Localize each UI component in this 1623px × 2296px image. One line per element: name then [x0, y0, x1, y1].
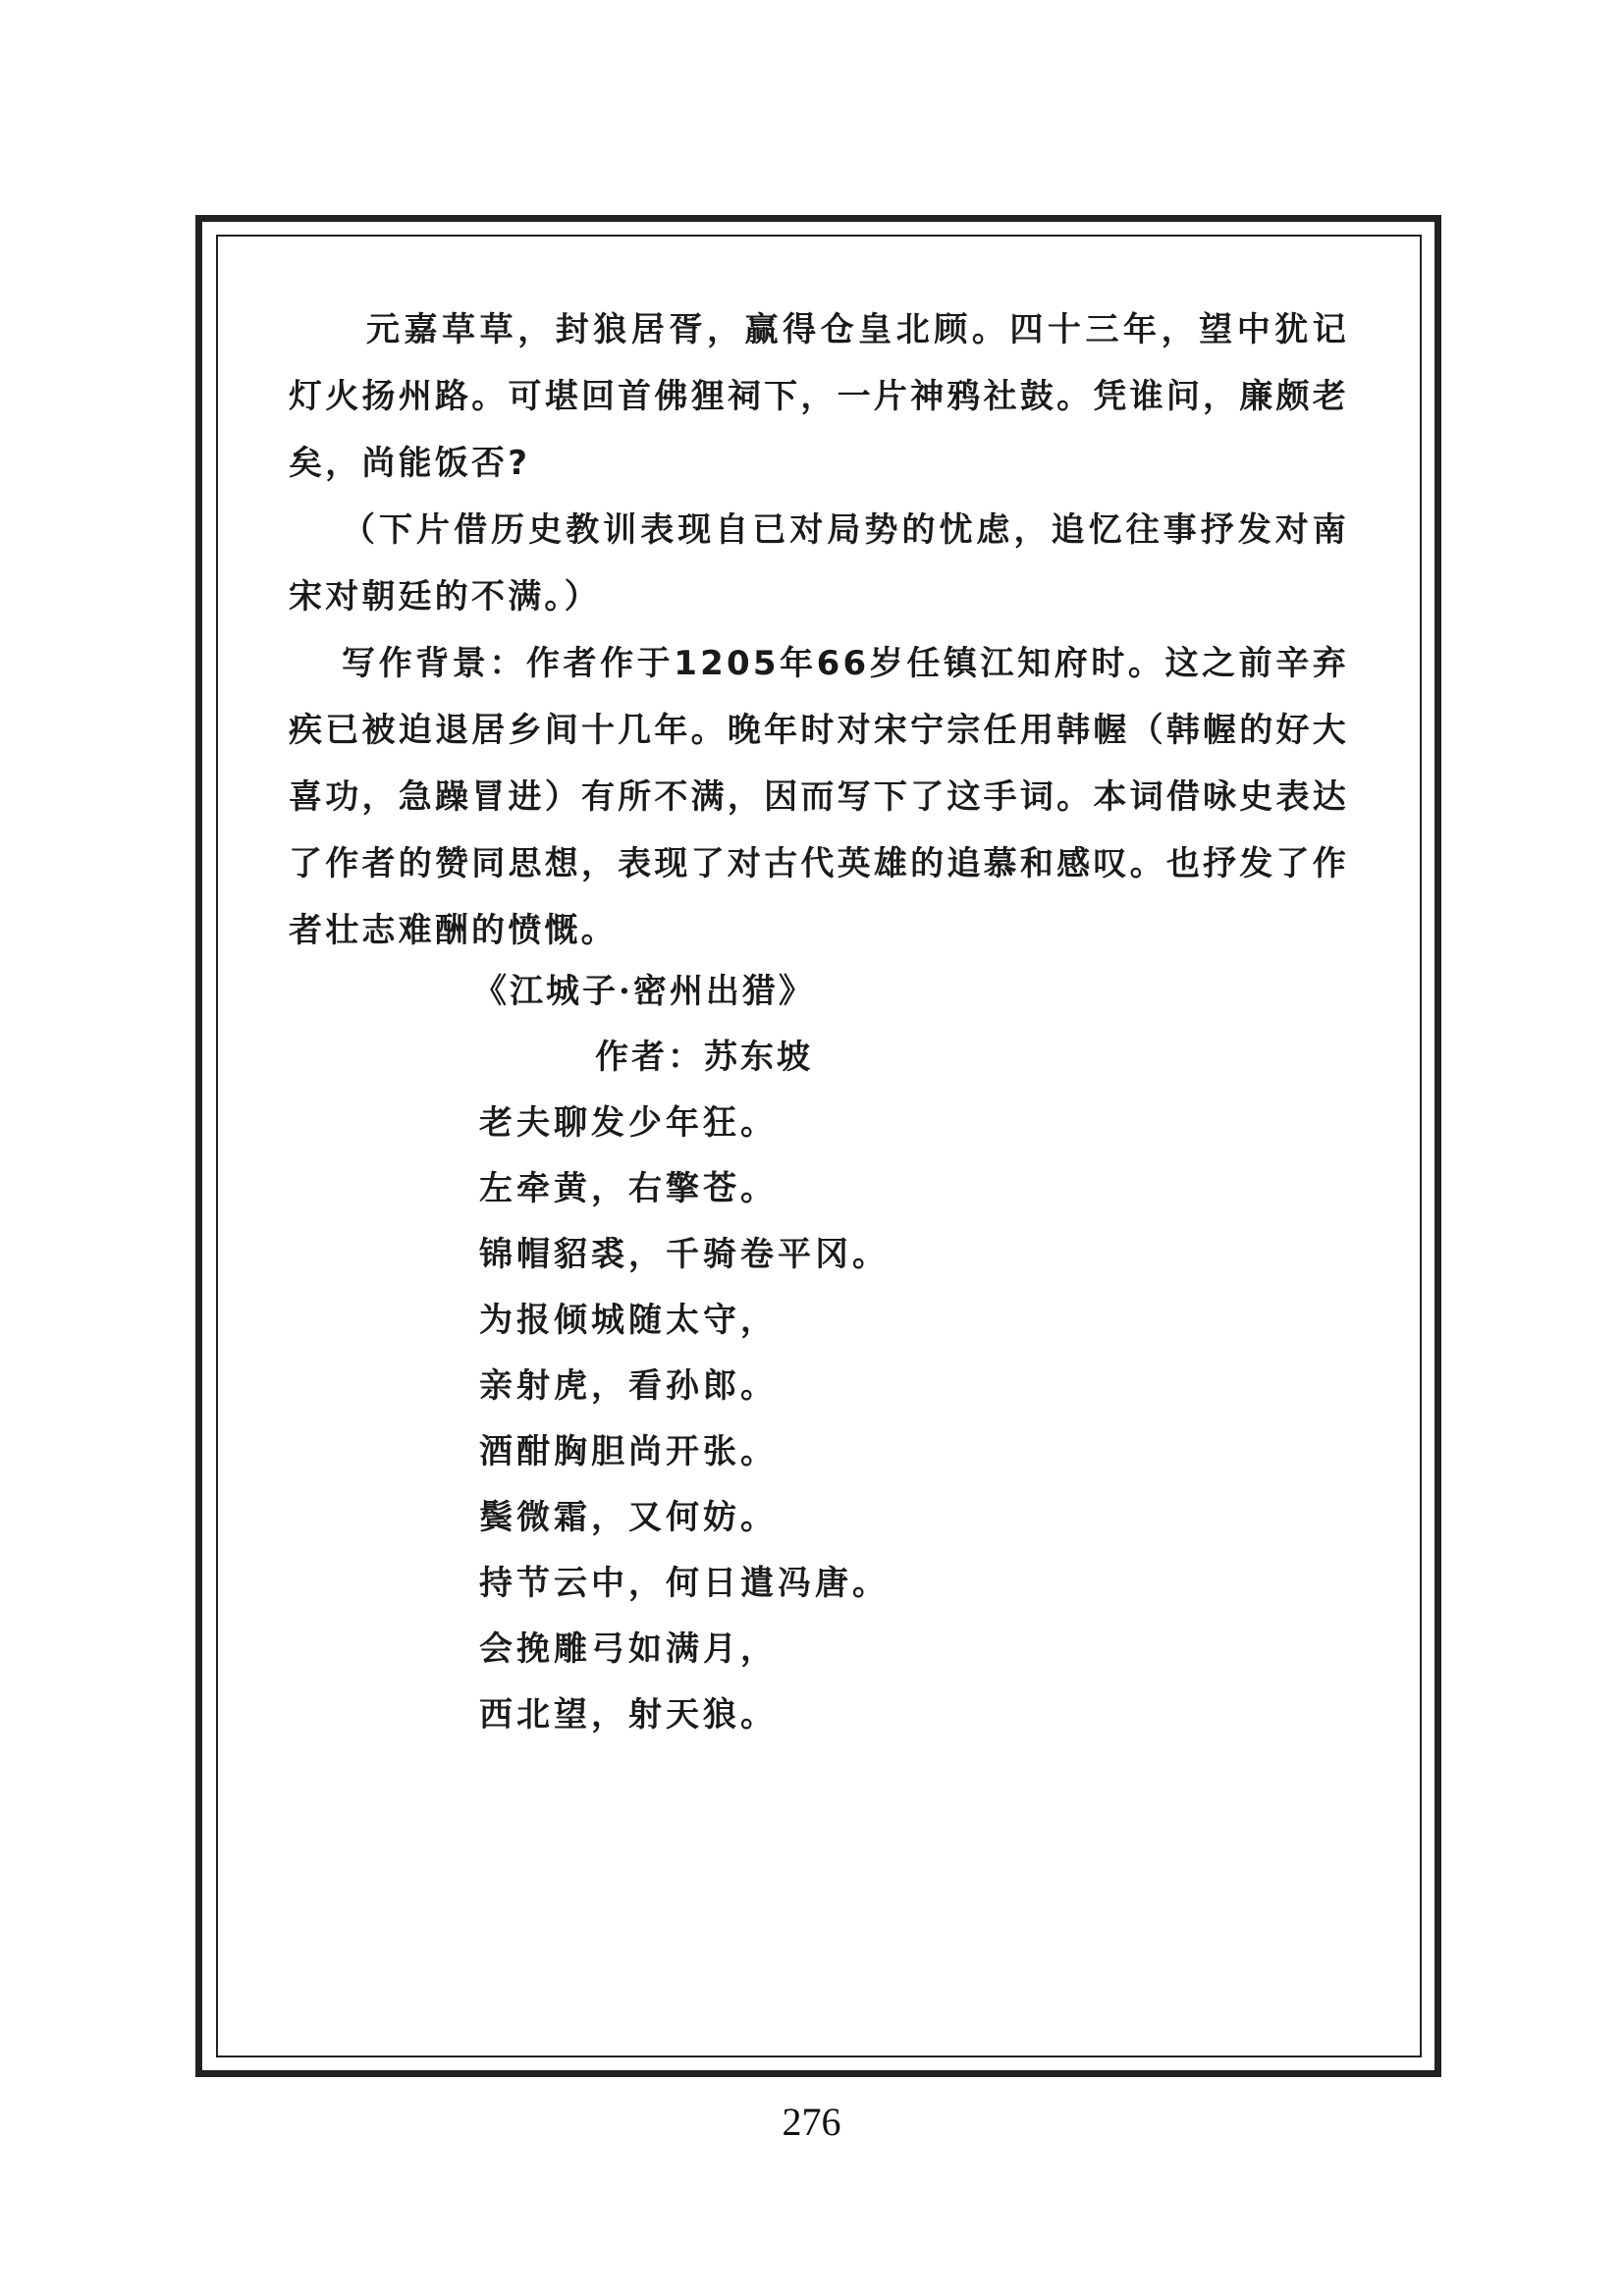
poem-line: 为报倾城随太守，	[479, 1288, 890, 1354]
poem-author: 作者：苏东坡	[473, 1025, 890, 1091]
poem-line: 锦帽貂裘，千骑卷平冈。	[479, 1222, 890, 1288]
ci-lower-stanza-paragraph: 元嘉草草，封狼居胥，赢得仓皇北顾。四十三年，望中犹记灯火扬州路。可堪回首佛狸祠下…	[289, 296, 1349, 497]
poem-line: 左牵黄，右擎苍。	[479, 1156, 890, 1222]
page-number: 276	[0, 2099, 1623, 2145]
poem-line: 会挽雕弓如满月，	[479, 1617, 890, 1682]
poem-lines: 老夫聊发少年狂。 左牵黄，右擎苍。 锦帽貂裘，千骑卷平冈。 为报倾城随太守， 亲…	[473, 1091, 890, 1748]
poem-line: 持节云中，何日遣冯唐。	[479, 1551, 890, 1617]
poem-line: 亲射虎，看孙郎。	[479, 1354, 890, 1419]
poem-line: 老夫聊发少年狂。	[479, 1091, 890, 1156]
poem-block: 《江城子·密州出猎》 作者：苏东坡 老夫聊发少年狂。 左牵黄，右擎苍。 锦帽貂裘…	[473, 959, 890, 1748]
poem-line: 鬓微霜，又何妨。	[479, 1485, 890, 1551]
body-text: 元嘉草草，封狼居胥，赢得仓皇北顾。四十三年，望中犹记灯火扬州路。可堪回首佛狸祠下…	[289, 296, 1349, 964]
poem-line: 西北望，射天狼。	[479, 1682, 890, 1748]
poem-line: 酒酣胸胆尚开张。	[479, 1419, 890, 1485]
annotation-paragraph: （下片借历史教训表现自已对局势的忧虑，追忆往事抒发对南宋对朝廷的不满。）	[289, 497, 1349, 630]
writing-background-paragraph: 写作背景：作者作于1205年66岁任镇江知府时。这之前辛弃疾已被迫退居乡间十几年…	[289, 630, 1349, 964]
poem-title: 《江城子·密州出猎》	[473, 959, 890, 1025]
